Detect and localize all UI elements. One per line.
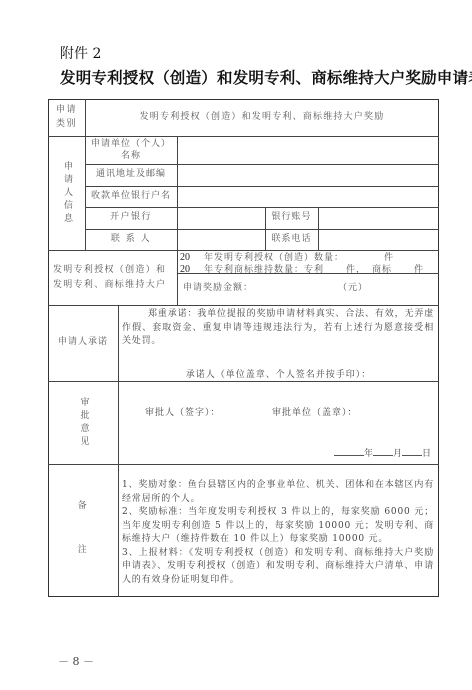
pledge-text: 郑重承诺：我单位提报的奖励申请材料真实、合法、有效，无弄虚作假、套取资金、重复申… xyxy=(122,308,434,349)
award-amount-row: 申请奖励金额： （元） xyxy=(177,273,439,305)
applicant-name-label: 申请单位（个人） 名称 xyxy=(85,136,177,164)
col-divider xyxy=(118,305,119,597)
patent-grant-quantity-line: 20年发明专利授权（创造）数量：件 xyxy=(180,252,438,264)
note-item: 2、奖励标准：当年度发明专利授权 3 件以上的，每家奖励 6000 元；当年度发… xyxy=(122,506,434,547)
approval-date: 年月日 xyxy=(334,446,431,459)
attachment-label: 附件 2 xyxy=(60,43,101,63)
approval-label: 审批意见 xyxy=(48,381,118,464)
year-label: 年 xyxy=(364,449,373,459)
approver-signature[interactable]: 审批人（签字）： xyxy=(145,405,221,418)
address-field[interactable] xyxy=(177,164,439,186)
phone-label: 联系电话 xyxy=(265,229,318,250)
account-label: 银行账号 xyxy=(265,207,318,229)
applicant-name-field[interactable] xyxy=(177,136,439,164)
phone-field[interactable] xyxy=(318,229,439,250)
major-holder-label: 发明专利授权（创造）和发明专利、商标维持大户 xyxy=(48,250,177,305)
account-field[interactable] xyxy=(318,207,439,229)
form-title: 发明专利授权（创造）和发明专利、商标维持大户奖励申请表 xyxy=(60,66,472,88)
category-label-line2: 类别 xyxy=(56,118,77,131)
address-label: 通讯地址及邮编 xyxy=(85,164,177,186)
patent-grant-quantity-label: 年发明专利授权（创造）数量： xyxy=(204,253,344,263)
payee-name-label: 收款单位银行户名 xyxy=(85,186,177,207)
year-blank[interactable] xyxy=(334,447,364,456)
notes-label-2: 注 xyxy=(48,544,118,558)
currency-unit: （元） xyxy=(338,282,368,295)
bank-label: 开户银行 xyxy=(85,207,177,229)
month-label: 月 xyxy=(393,449,402,459)
note-item: 1、奖励对象：鱼台县辖区内的企事业单位、机关、团体和在本辖区内有经常居所的个人。 xyxy=(122,479,434,506)
page-number: － 8 － xyxy=(58,653,94,669)
month-blank[interactable] xyxy=(373,447,393,456)
award-amount-label: 申请奖励金额： xyxy=(183,282,253,295)
note-item: 3、上报材料：《发明专利授权（创造）和发明专利、商标维持大户奖励申请表》、发明专… xyxy=(122,547,434,588)
category-label: 申请 类别 xyxy=(48,99,85,136)
applicant-name-label-line1: 申请单位（个人） xyxy=(91,138,171,150)
contact-label: 联 系 人 xyxy=(85,229,177,250)
day-label: 日 xyxy=(422,449,431,459)
notes-list: 1、奖励对象：鱼台县辖区内的企事业单位、机关、团体和在本辖区内有经常居所的个人。… xyxy=(122,479,434,587)
day-blank[interactable] xyxy=(402,447,422,456)
applicant-info-label: 申请人信息 xyxy=(48,136,85,250)
payee-name-field[interactable] xyxy=(177,186,439,207)
applicant-name-label-line2: 名称 xyxy=(121,150,141,162)
category-value: 发明专利授权（创造）和发明专利、商标维持大户奖励 xyxy=(85,99,439,136)
pledge-signature-line[interactable]: 承诺人（单位盖章、个人签名并按手印）： xyxy=(118,367,439,380)
row-divider xyxy=(48,464,439,465)
bank-field[interactable] xyxy=(177,207,265,229)
pledge-label: 申请人承诺 xyxy=(48,305,118,381)
notes-label-1: 备 xyxy=(48,500,118,514)
year-prefix: 20 xyxy=(180,252,204,263)
contact-field[interactable] xyxy=(177,229,265,250)
approval-unit-seal[interactable]: 审批单位（盖章）： xyxy=(272,405,358,418)
category-label-line1: 申请 xyxy=(56,104,77,117)
unit-label: 件 xyxy=(384,253,394,263)
